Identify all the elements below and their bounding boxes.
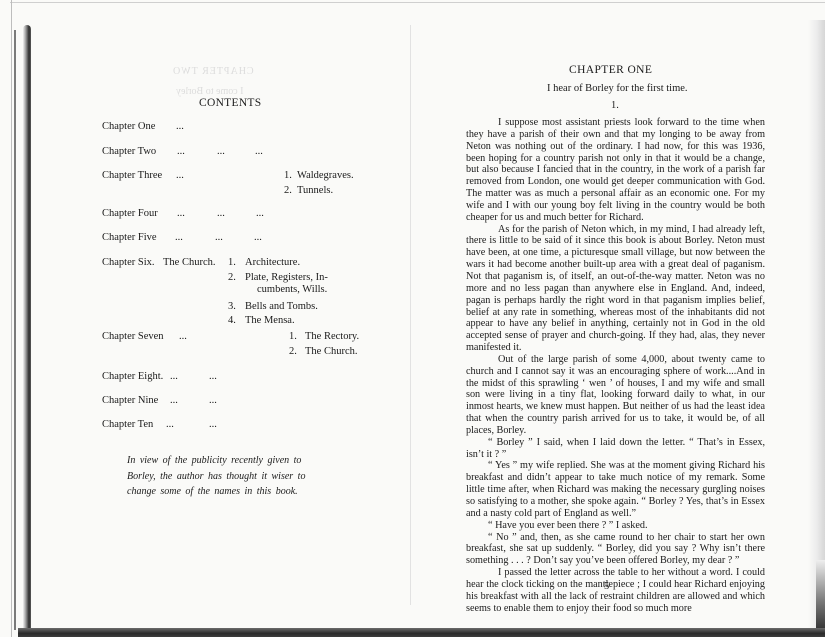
body-paragraph: As for the parish of Neton which, in my … bbox=[466, 224, 765, 354]
bleed-through-subheading: I come to Borley bbox=[176, 86, 243, 97]
book-gutter bbox=[410, 25, 411, 605]
toc-section-label: Waldegraves. bbox=[297, 170, 354, 181]
toc-chapter-label: Chapter Ten bbox=[102, 419, 153, 430]
toc-leader-dots: ... bbox=[215, 232, 223, 243]
toc-chapter-label: Chapter Eight. bbox=[102, 371, 163, 382]
chapter-body-text: I suppose most assistant priests look fo… bbox=[466, 117, 765, 614]
toc-section-label: The Church. bbox=[305, 346, 358, 357]
book-bottom-edge bbox=[18, 628, 825, 637]
right-page-corner-shadow bbox=[816, 560, 825, 630]
section-number: 1. bbox=[611, 100, 619, 111]
toc-chapter-label: Chapter Six. bbox=[102, 257, 155, 268]
toc-leader-dots: ... bbox=[217, 208, 225, 219]
contents-title: CONTENTS bbox=[199, 97, 261, 109]
toc-leader-dots: ... bbox=[166, 419, 174, 430]
toc-section-label: Tunnels. bbox=[297, 185, 333, 196]
toc-leader-dots: ... bbox=[177, 208, 185, 219]
toc-chapter-label: Chapter Three bbox=[102, 170, 162, 181]
toc-chapter-label: Chapter Seven bbox=[102, 331, 164, 342]
toc-section-label: Architecture. bbox=[245, 257, 300, 268]
body-paragraph: I suppose most assistant priests look fo… bbox=[466, 117, 765, 224]
right-page-edge-shadow bbox=[808, 20, 825, 630]
toc-leader-dots: ... bbox=[254, 232, 262, 243]
chapter-heading: CHAPTER ONE bbox=[569, 64, 652, 76]
toc-leader-dots: ... bbox=[176, 170, 184, 181]
publicity-note: In view of the publicity recently given … bbox=[127, 453, 327, 500]
toc-leader-dots: ... bbox=[170, 395, 178, 406]
toc-leader-dots: ... bbox=[176, 121, 184, 132]
toc-section-label: The Rectory. bbox=[305, 331, 359, 342]
body-paragraph: I passed the letter across the table to … bbox=[466, 567, 765, 614]
toc-leader-dots: ... bbox=[209, 371, 217, 382]
page-edge-line bbox=[14, 30, 16, 630]
toc-leader-dots: ... bbox=[177, 146, 185, 157]
toc-section-number: 3. bbox=[228, 301, 236, 312]
toc-section-number: 1. bbox=[284, 170, 292, 181]
toc-section-label-continued: cumbents, Wills. bbox=[257, 284, 327, 295]
body-paragraph: “ Borley ” I said, when I laid down the … bbox=[466, 437, 765, 461]
scan-frame-left bbox=[11, 0, 12, 637]
toc-leader-dots: ... bbox=[217, 146, 225, 157]
toc-leader-dots: ... bbox=[256, 208, 264, 219]
body-paragraph: “ No ” and, then, as she came round to h… bbox=[466, 532, 765, 568]
body-paragraph: “ Yes ” my wife replied. She was at the … bbox=[466, 460, 765, 519]
toc-section-number: 1. bbox=[289, 331, 297, 342]
toc-section-label: Bells and Tombs. bbox=[245, 301, 318, 312]
toc-chapter-label: Chapter Nine bbox=[102, 395, 158, 406]
scan-frame-top bbox=[10, 2, 825, 3]
toc-section-label: The Mensa. bbox=[245, 315, 295, 326]
bleed-through-heading: CHAPTER TWO bbox=[172, 66, 254, 77]
page-number: 5 bbox=[604, 581, 609, 592]
toc-leader-dots: ... bbox=[179, 331, 187, 342]
body-paragraph: “ Have you ever been there ? ” I asked. bbox=[466, 520, 765, 532]
toc-section-number: 2. bbox=[228, 272, 236, 283]
toc-leader-dots: ... bbox=[209, 419, 217, 430]
toc-leader-dots: ... bbox=[170, 371, 178, 382]
toc-leader-dots: ... bbox=[255, 146, 263, 157]
toc-section-label: Plate, Registers, In- bbox=[245, 272, 328, 283]
toc-section-number: 4. bbox=[228, 315, 236, 326]
body-paragraph: Out of the large parish of some 4,000, a… bbox=[466, 354, 765, 437]
toc-chapter-label: Chapter Four bbox=[102, 208, 158, 219]
toc-leader-dots: ... bbox=[175, 232, 183, 243]
toc-section-number: 2. bbox=[289, 346, 297, 357]
toc-leader-dots: ... bbox=[209, 395, 217, 406]
toc-section-number: 1. bbox=[228, 257, 236, 268]
book-scan: CHAPTER TWO I come to Borley CONTENTS Ch… bbox=[0, 0, 825, 637]
toc-chapter-label: Chapter One bbox=[102, 121, 155, 132]
toc-section-number: 2. bbox=[284, 185, 292, 196]
toc-chapter-label: Chapter Two bbox=[102, 146, 156, 157]
book-cover-edge bbox=[23, 25, 31, 633]
chapter-subtitle: I hear of Borley for the first time. bbox=[547, 83, 688, 94]
toc-chapter-label: Chapter Five bbox=[102, 232, 157, 243]
toc-chapter-title: The Church. bbox=[163, 257, 216, 268]
